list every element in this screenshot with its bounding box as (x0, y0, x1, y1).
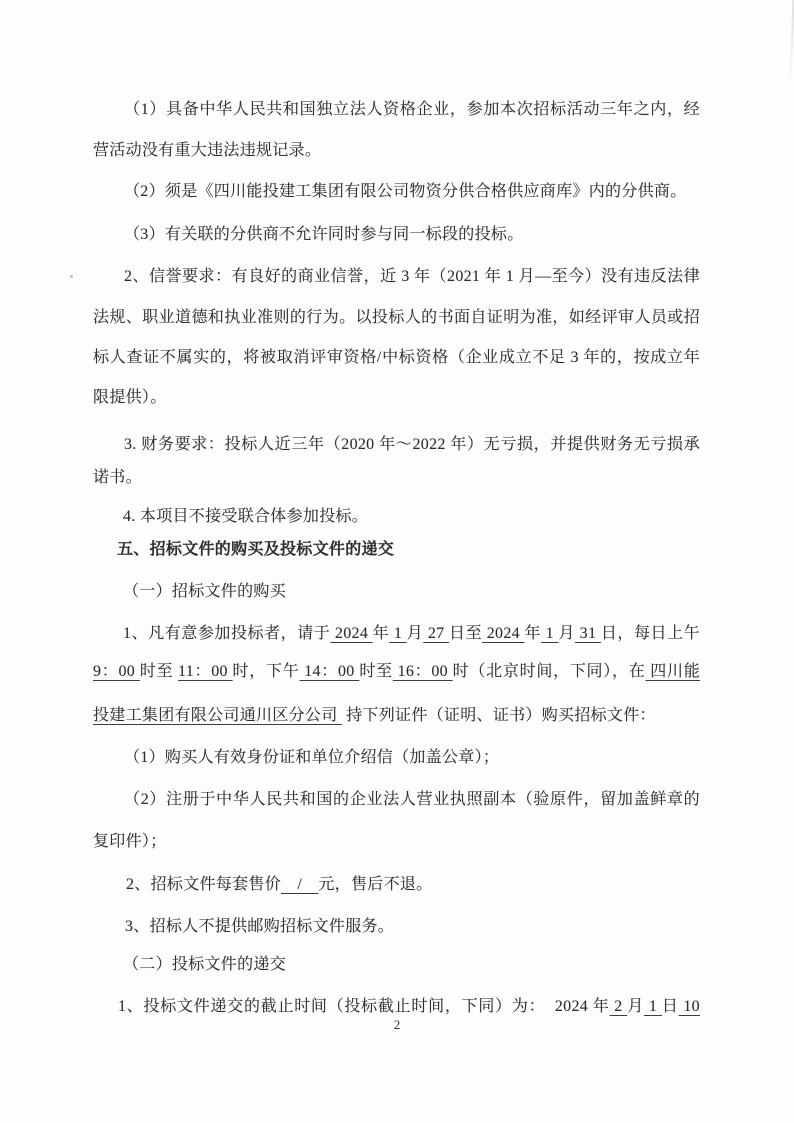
text-line: 3. 财务要求：投标人近三年（2020 年～2022 年）无亏损，并提供财务无亏… (124, 434, 700, 456)
underlined-fill-in: 2024 (482, 625, 524, 642)
text-line: 投建工集团有限公司通川区分公司 持下列证件（证明、证书）购买招标文件： (93, 705, 656, 727)
underlined-fill-in: 投建工集团有限公司通川区分公司 (93, 707, 342, 724)
text-line: （2）须是《四川能投建工集团有限公司物资分供合格供应商库》内的分供商。 (124, 181, 687, 203)
text-segment: 限提供）。 (93, 389, 167, 406)
text-line: （1）购买人有效身份证和单位介绍信（加盖公章）； (124, 747, 499, 769)
text-segment: 月 (407, 625, 424, 642)
text-line: （1）具备中华人民共和国独立法人资格企业，参加本次招标活动三年之内，经 (124, 99, 700, 121)
underlined-fill-in: 2 (610, 998, 628, 1015)
underlined-fill-in: 2024 (330, 625, 372, 642)
text-segment: 月 (559, 625, 576, 642)
text-line: 2、招标文件每套售价 / 元，售后不退。 (126, 874, 432, 896)
text-line: （二）投标文件的递交 (123, 954, 286, 976)
underlined-fill-in: 9：00 (93, 663, 140, 680)
text-segment: 时，下午 (233, 663, 300, 680)
text-line: （2）注册于中华人民共和国的企业法人营业执照副本（验原件，留加盖鲜章的 (124, 789, 700, 811)
text-segment: 日至 (449, 625, 482, 642)
document-page: （1）具备中华人民共和国独立法人资格企业，参加本次招标活动三年之内，经营活动没有… (0, 0, 794, 1123)
scan-speck (70, 275, 73, 278)
text-line: （3）有关联的分供商不允许同时参与同一标段的投标。 (124, 224, 524, 246)
text-segment: 3、招标人不提供邮购招标文件服务。 (125, 918, 394, 935)
text-segment: （1）具备中华人民共和国独立法人资格企业，参加本次招标活动三年之内，经 (124, 101, 700, 118)
text-line: 诺书。 (93, 467, 142, 489)
text-segment: 1、投标文件递交的截止时间（投标截止时间，下同）为： 2024 年 (118, 998, 610, 1015)
underlined-fill-in: 27 (423, 625, 449, 642)
text-segment: （2）须是《四川能投建工集团有限公司物资分供合格供应商库》内的分供商。 (124, 183, 687, 200)
text-line: （一）招标文件的购买 (123, 581, 286, 603)
text-line: 复印件）； (93, 831, 167, 853)
text-line: 限提供）。 (93, 387, 167, 409)
text-segment: 持下列证件（证明、证书）购买招标文件： (342, 707, 656, 724)
text-line: 3、招标人不提供邮购招标文件服务。 (125, 916, 394, 938)
text-segment: 日 (662, 998, 679, 1015)
underlined-fill-in: 11：00 (178, 663, 233, 680)
text-line: 4. 本项目不接受联合体参加投标。 (123, 506, 368, 528)
underlined-fill-in: 四川能 (646, 663, 701, 680)
scan-edge-artifact (789, 0, 794, 89)
section-heading-line: 五、招标文件的购买及投标文件的递交 (117, 539, 394, 561)
text-line: 法规、职业道德和执业准则的行为。以投标人的书面自证明为准，如经评审人员或招 (93, 307, 700, 329)
underlined-fill-in: 1 (389, 625, 406, 642)
underlined-fill-in: 10 (679, 998, 700, 1015)
text-segment: 时（北京时间，下同），在 (453, 663, 646, 680)
text-segment: 1、凡有意参加投标者，请于 (123, 625, 330, 642)
text-segment: 日，每日上午 (601, 625, 700, 642)
text-segment: 2、信誉要求：有良好的商业信誉，近 3 年（2021 年 1 月—至今）没有违反… (124, 268, 700, 285)
text-segment: （2）注册于中华人民共和国的企业法人营业执照副本（验原件，留加盖鲜章的 (124, 791, 700, 808)
page-number: 2 (0, 1016, 794, 1034)
underlined-fill-in: 16：00 (393, 663, 453, 680)
underlined-fill-in: 1 (541, 625, 558, 642)
underlined-fill-in: / (281, 876, 318, 893)
underlined-fill-in: 14：00 (300, 663, 360, 680)
text-segment: 4. 本项目不接受联合体参加投标。 (123, 508, 368, 525)
text-line: 1、凡有意参加投标者，请于 2024 年 1 月 27 日至 2024 年 1 … (123, 623, 700, 645)
text-line: 2、信誉要求：有良好的商业信誉，近 3 年（2021 年 1 月—至今）没有违反… (124, 266, 700, 288)
underlined-fill-in: 31 (575, 625, 601, 642)
text-segment: 营活动没有重大违法违规记录。 (93, 142, 321, 159)
text-segment: 2、招标文件每套售价 (126, 876, 281, 893)
text-line: 9：00 时至 11：00 时，下午 14：00 时至 16：00 时（北京时间… (93, 661, 700, 683)
text-segment: 复印件）； (93, 833, 167, 850)
text-line: 标人查证不属实的，将被取消评审资格/中标资格（企业成立不足 3 年的，按成立年 (93, 347, 700, 369)
text-segment: 年 (525, 625, 542, 642)
text-segment: 月 (627, 998, 644, 1015)
text-segment: 时至 (359, 663, 392, 680)
text-line: 营活动没有重大违法违规记录。 (93, 140, 321, 162)
text-segment: 元，售后不退。 (318, 876, 432, 893)
text-segment: 时至 (140, 663, 178, 680)
text-segment: 五、招标文件的购买及投标文件的递交 (117, 541, 394, 558)
text-segment: （1）购买人有效身份证和单位介绍信（加盖公章）； (124, 749, 499, 766)
text-segment: 年 (373, 625, 390, 642)
text-segment: 标人查证不属实的，将被取消评审资格/中标资格（企业成立不足 3 年的，按成立年 (93, 349, 700, 366)
text-segment: 法规、职业道德和执业准则的行为。以投标人的书面自证明为准，如经评审人员或招 (93, 309, 700, 326)
text-segment: 诺书。 (93, 469, 142, 486)
text-segment: 3. 财务要求：投标人近三年（2020 年～2022 年）无亏损，并提供财务无亏… (124, 436, 700, 453)
text-segment: （一）招标文件的购买 (123, 583, 286, 600)
text-line: 1、投标文件递交的截止时间（投标截止时间，下同）为： 2024 年 2 月 1 … (118, 996, 700, 1018)
text-segment: （二）投标文件的递交 (123, 956, 286, 973)
text-segment: （3）有关联的分供商不允许同时参与同一标段的投标。 (124, 226, 524, 243)
underlined-fill-in: 1 (644, 998, 662, 1015)
